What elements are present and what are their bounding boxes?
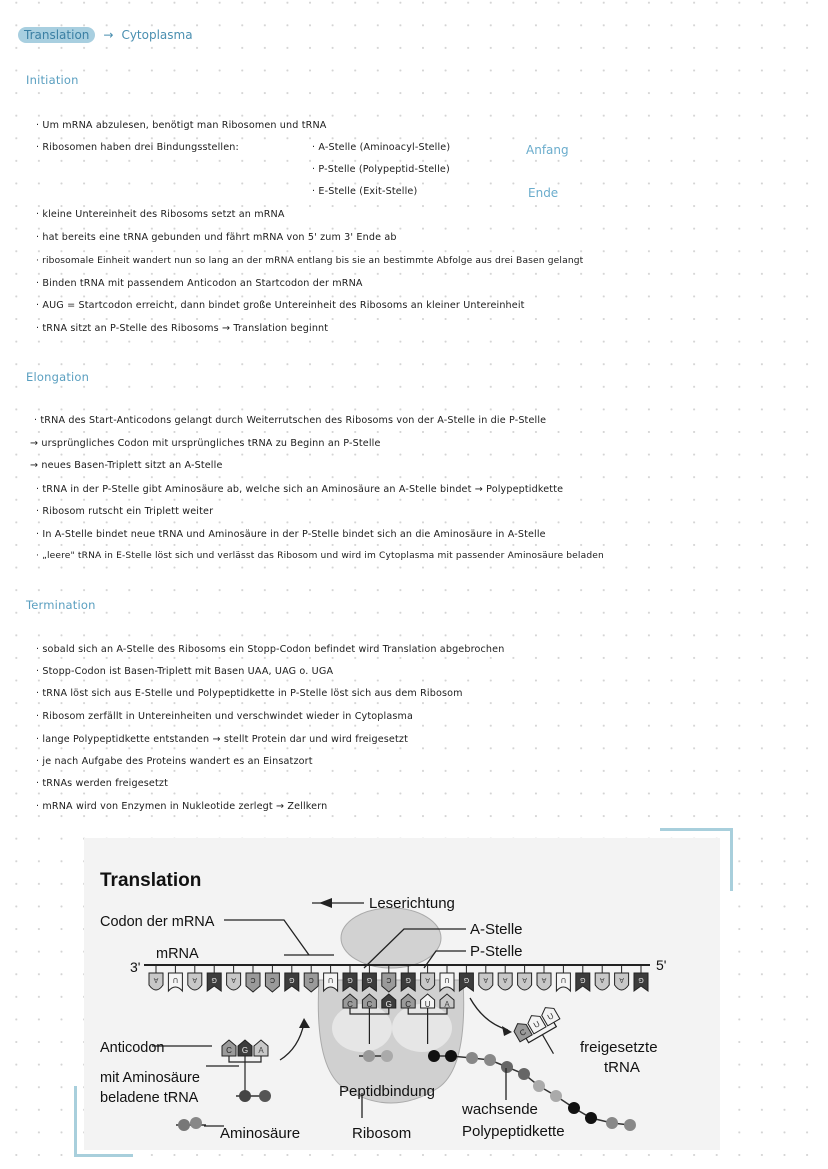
svg-text:wachsende: wachsende — [461, 1101, 538, 1118]
note-line: · lange Polypeptidkette entstanden → ste… — [36, 734, 408, 745]
svg-text:C: C — [226, 1046, 232, 1055]
released-trna: CUU — [512, 1004, 574, 1065]
page-title: Translation — [18, 27, 95, 43]
note-line: · tRNA löst sich aus E-Stelle und Polype… — [36, 688, 463, 699]
svg-text:A: A — [600, 976, 605, 983]
svg-text:A: A — [153, 976, 158, 983]
note-line: · Ribosom rutscht ein Triplett weiter — [36, 506, 213, 517]
heading-elongation: Elongation — [26, 370, 89, 384]
note-line: · Binden tRNA mit passendem Anticodon an… — [36, 278, 363, 289]
svg-text:U: U — [444, 976, 449, 983]
svg-text:C: C — [250, 976, 255, 983]
svg-text:A: A — [522, 976, 527, 983]
svg-text:U: U — [328, 976, 333, 983]
svg-text:U: U — [425, 1000, 431, 1009]
svg-text:Polypeptidkette: Polypeptidkette — [462, 1123, 565, 1140]
svg-text:C: C — [386, 976, 391, 983]
heading-initiation: Initiation — [26, 73, 79, 87]
corner-bracket-bottom-left — [74, 1086, 133, 1157]
note-line: · Ribosom zerfällt in Untereinheiten und… — [36, 711, 413, 722]
svg-text:Codon der mRNA: Codon der mRNA — [100, 914, 215, 930]
svg-text:A: A — [444, 1000, 450, 1009]
note-line: · tRNA des Start-Anticodons gelangt durc… — [34, 415, 546, 426]
note-line: · ribosomale Einheit wandert nun so lang… — [36, 256, 583, 266]
svg-text:A: A — [503, 976, 508, 983]
incoming-trna: CGA — [222, 1040, 268, 1094]
svg-text:5': 5' — [656, 957, 666, 973]
svg-text:A: A — [231, 976, 236, 983]
note-line: · In A-Stelle bindet neue tRNA und Amino… — [36, 529, 546, 540]
svg-text:G: G — [386, 1000, 392, 1009]
heading-termination: Termination — [26, 598, 96, 612]
svg-text:C: C — [270, 976, 275, 983]
note-line: → neues Basen-Triplett sitzt an A-Stelle — [30, 460, 223, 471]
svg-text:C: C — [347, 1000, 353, 1009]
svg-text:G: G — [367, 976, 372, 983]
svg-text:G: G — [638, 976, 643, 983]
note-line: · kleine Untereinheit des Ribosoms setzt… — [36, 209, 285, 220]
note-line: · AUG = Startcodon erreicht, dann bindet… — [36, 300, 525, 311]
svg-text:Leserichtung: Leserichtung — [369, 895, 455, 912]
svg-text:Anticodon: Anticodon — [100, 1040, 165, 1056]
svg-text:Ribosom: Ribosom — [352, 1125, 411, 1142]
note-line: · hat bereits eine tRNA gebunden und fäh… — [36, 232, 397, 243]
translation-diagram: AUAGACCGCUGGCGAUGAAAAUGAAG CCGCUA CGA CU… — [84, 838, 720, 1150]
svg-text:mRNA: mRNA — [156, 946, 199, 962]
svg-text:C: C — [309, 976, 314, 983]
note-line: · tRNAs werden freigesetzt — [36, 778, 168, 789]
site-a: · A-Stelle (Aminoacyl-Stelle) — [312, 142, 450, 153]
svg-text:U: U — [561, 976, 566, 983]
svg-text:mit Aminosäure: mit Aminosäure — [100, 1070, 200, 1086]
note-line: · Ribosomen haben drei Bindungsstellen: — [36, 142, 239, 153]
svg-text:A: A — [192, 976, 197, 983]
svg-text:G: G — [289, 976, 294, 983]
diagram-title: Translation — [100, 870, 201, 891]
svg-text:freigesetzte: freigesetzte — [580, 1039, 658, 1056]
page-header: Translation → Cytoplasma — [18, 27, 193, 43]
svg-text:C: C — [405, 1000, 411, 1009]
note-start: Anfang — [526, 143, 569, 157]
svg-text:A: A — [619, 976, 624, 983]
note-line: · sobald sich an A-Stelle des Ribosoms e… — [36, 644, 504, 655]
site-e: · E-Stelle (Exit-Stelle) — [312, 186, 417, 197]
arrow-icon: → — [103, 28, 113, 42]
svg-text:Aminosäure: Aminosäure — [220, 1125, 300, 1142]
note-line: · tRNA in der P-Stelle gibt Aminosäure a… — [36, 484, 563, 495]
note-line: · Stopp-Codon ist Basen-Triplett mit Bas… — [36, 666, 333, 677]
svg-text:U: U — [173, 976, 178, 983]
note-line: · tRNA sitzt an P-Stelle des Ribosoms → … — [36, 323, 328, 334]
note-line: · je nach Aufgabe des Proteins wandert e… — [36, 756, 313, 767]
svg-text:C: C — [367, 1000, 373, 1009]
site-p: · P-Stelle (Polypeptid-Stelle) — [312, 164, 450, 175]
corner-bracket-top-right — [660, 828, 733, 891]
svg-text:A: A — [425, 976, 430, 983]
note-end: Ende — [528, 186, 558, 200]
svg-text:G: G — [242, 1046, 248, 1055]
svg-text:A-Stelle: A-Stelle — [470, 921, 523, 938]
svg-text:P-Stelle: P-Stelle — [470, 943, 523, 960]
svg-text:A: A — [541, 976, 546, 983]
svg-text:A: A — [258, 1046, 264, 1055]
location-label: Cytoplasma — [121, 28, 192, 42]
note-line: · Um mRNA abzulesen, benötigt man Riboso… — [36, 120, 326, 131]
note-line: → ursprüngliches Codon mit ursprüngliche… — [30, 438, 381, 449]
svg-text:G: G — [464, 976, 469, 983]
svg-text:G: G — [347, 976, 352, 983]
svg-text:tRNA: tRNA — [604, 1059, 640, 1076]
svg-text:G: G — [405, 976, 410, 983]
note-line: · „leere" tRNA in E-Stelle löst sich und… — [36, 551, 604, 561]
svg-text:A: A — [483, 976, 488, 983]
svg-text:Peptidbindung: Peptidbindung — [339, 1083, 435, 1100]
note-line: · mRNA wird von Enzymen in Nukleotide ze… — [36, 801, 327, 812]
svg-text:3': 3' — [130, 959, 140, 975]
svg-text:G: G — [580, 976, 585, 983]
svg-text:G: G — [211, 976, 216, 983]
